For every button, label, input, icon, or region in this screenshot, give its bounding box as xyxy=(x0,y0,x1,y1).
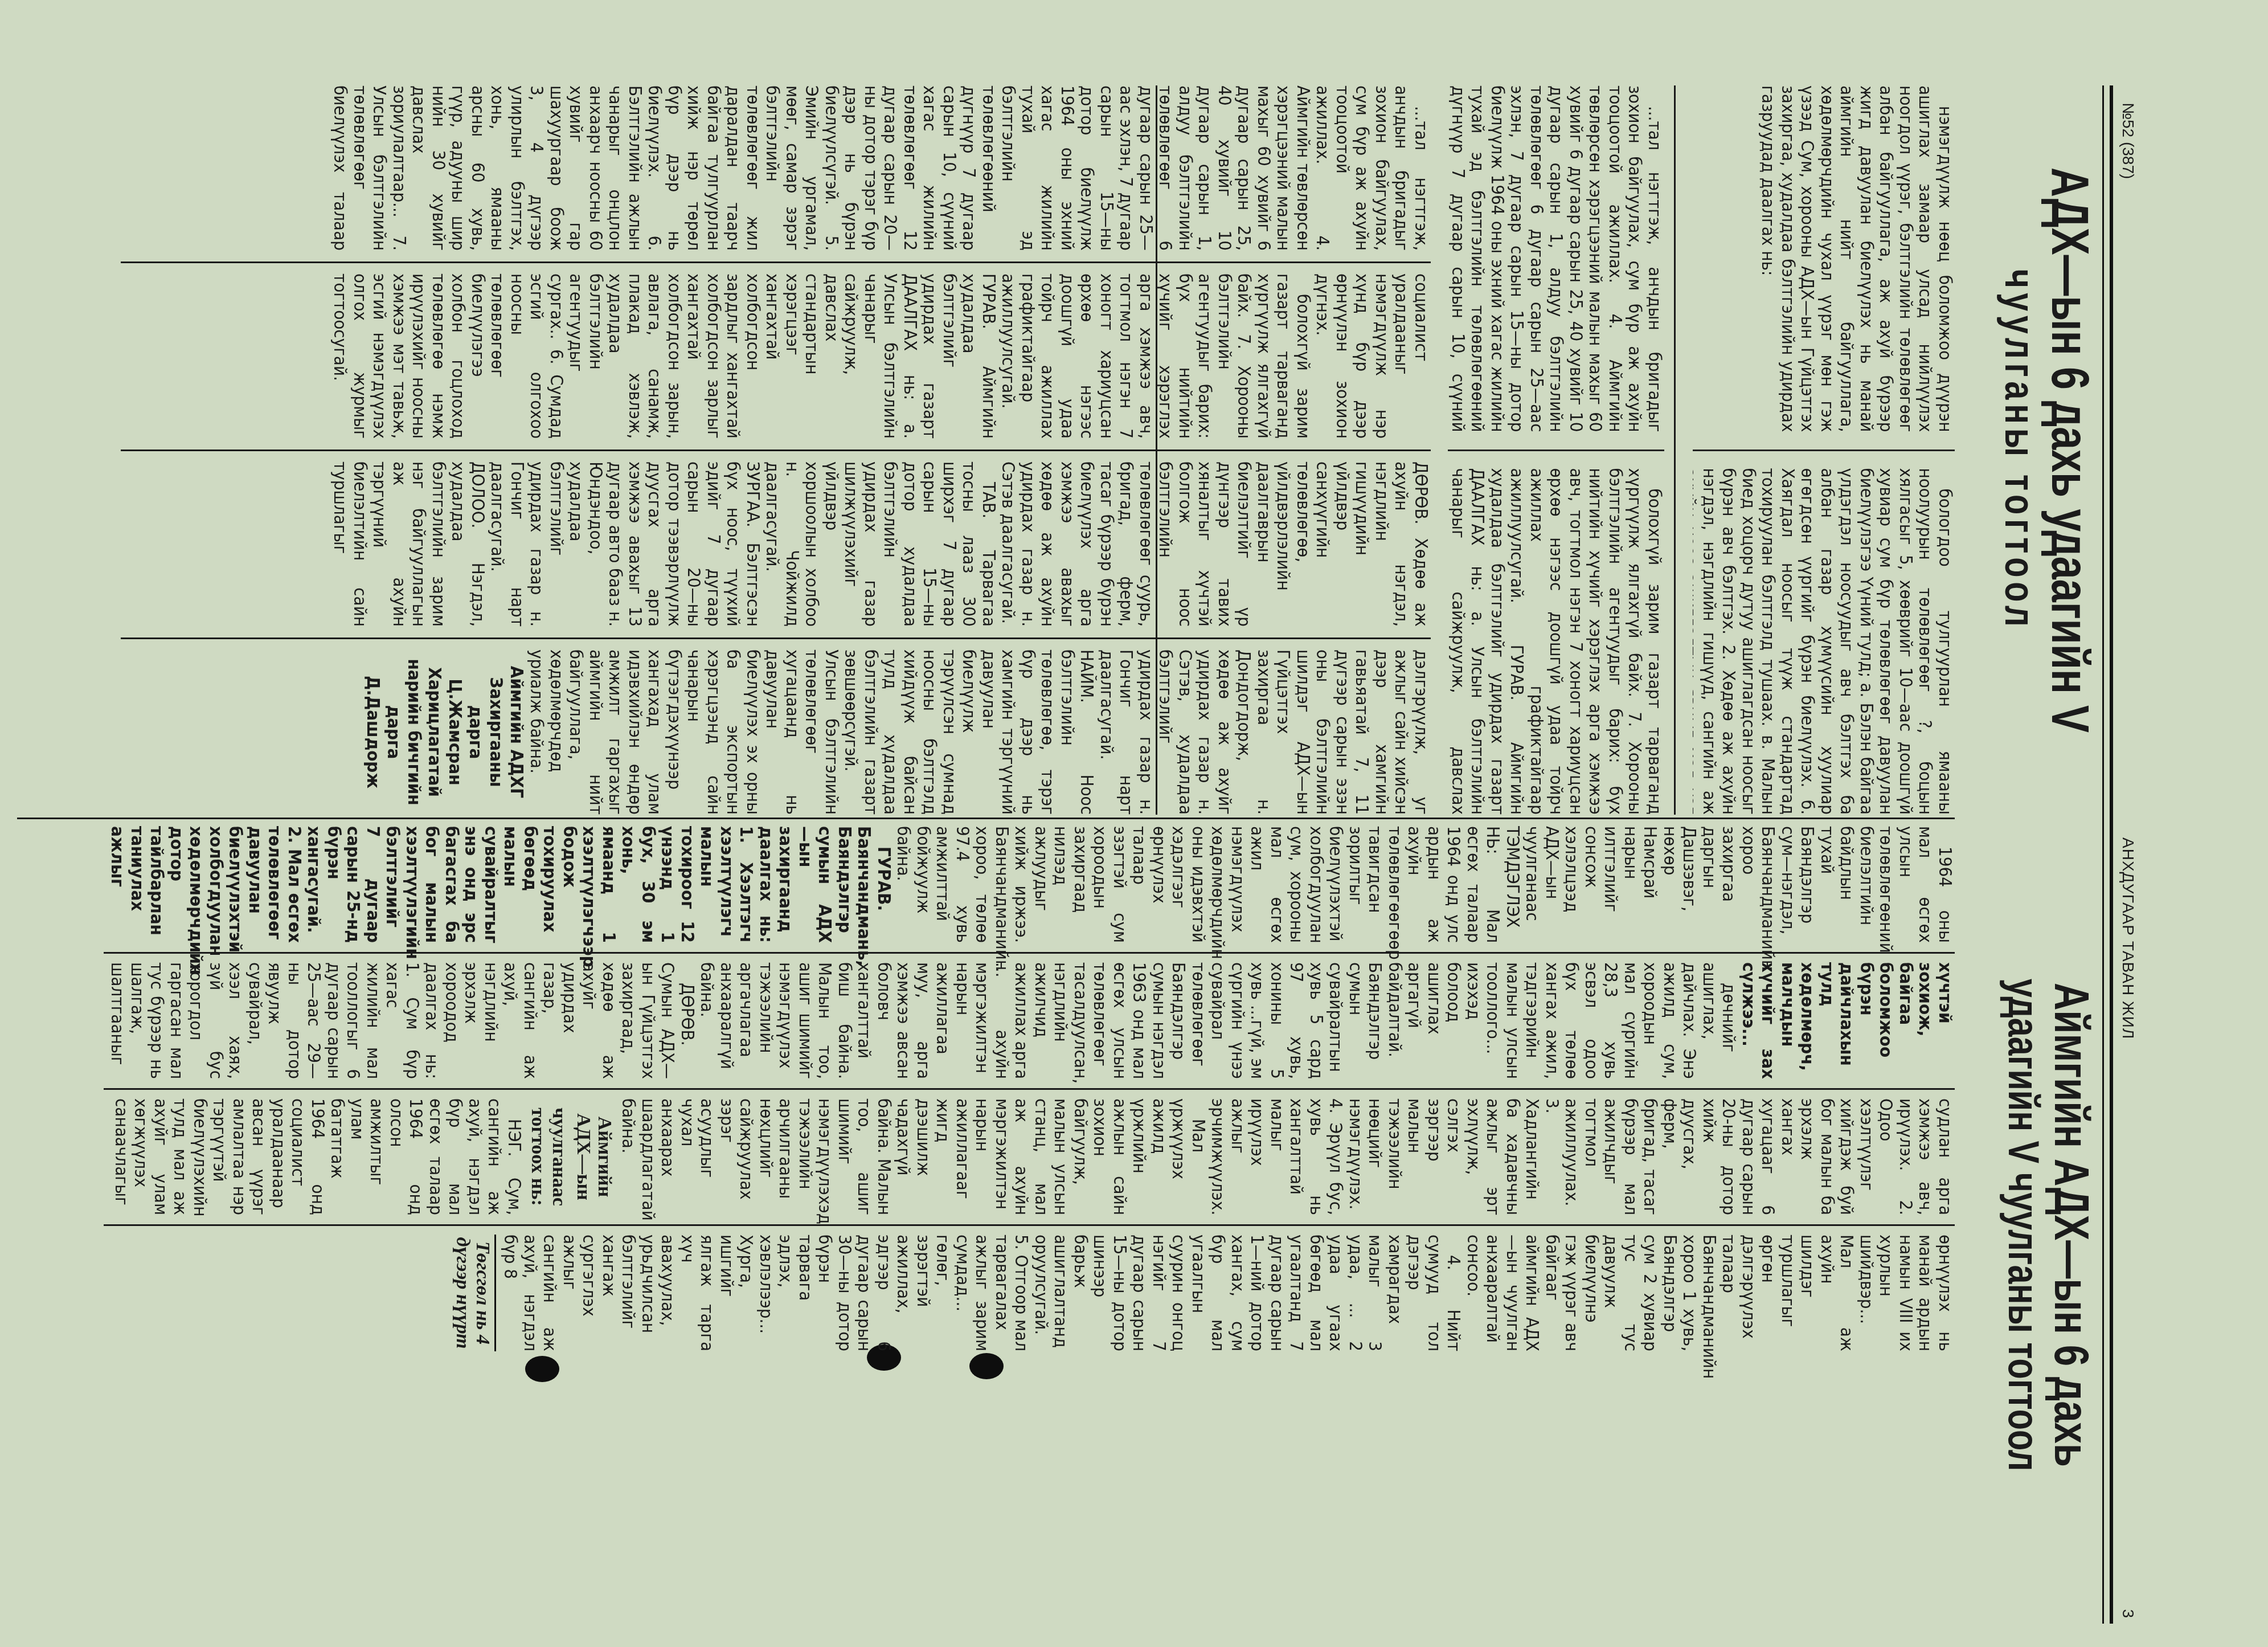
page-number: 3 xyxy=(2119,1609,2137,1618)
subheading: Аймгийн АДХ—ын xyxy=(573,1098,615,1215)
column-divider xyxy=(1693,449,1955,451)
issue-number: №52 (387) xyxy=(2119,103,2137,179)
body-text: бологдоо тулгуурлан ямааны ноолуурын төл… xyxy=(1693,468,1955,815)
subheading: чуулганаас тогтоох нь: xyxy=(527,1098,570,1215)
article-aimag-resolution: Аймгийн АДХ—ын 6 дахь удаагийн V чуулган… xyxy=(58,826,2097,1624)
column-3: ...тал нэгтгэж, анчдын бригадыг зохион б… xyxy=(121,85,1431,815)
article-headline: АДХ—ын 6 дахь удаагийн V чуулганы тогтоо… xyxy=(1998,85,2097,815)
column-2: ...тал нэгтгэж, анчдын бригадыг зохион б… xyxy=(1448,85,1664,815)
continuation-note: Төгсгөл нь 4 дүгээр нүүрт xyxy=(453,1235,496,1351)
article-session-resolution: АДХ—ын 6 дахь удаагийн V чуулганы тогтоо… xyxy=(58,85,2097,815)
body-text: дөчнийг ашиглах, дайчлах. Энэ ажилд сум,… xyxy=(697,962,1739,1079)
masthead: №52 (387) АНХДУГААР ТАВАН ЖИЛ 3 xyxy=(2103,85,2137,1624)
signature-line: дарга Ц.Жамсран xyxy=(445,649,486,815)
body-text: болохгүй зарим газарт тарваганд хүргүүлж… xyxy=(1448,468,1664,815)
year-line: АНХДУГААР ТАВАН ЖИЛ xyxy=(2119,837,2137,1039)
signature-line: Аймгийн АДХГ Захиргааны xyxy=(486,649,527,815)
signature-line: Харицлагатай нарийн бичгийн xyxy=(404,649,445,815)
signature-line: дарга Д.Дашдорж xyxy=(363,649,404,815)
masthead-rule xyxy=(2102,85,2113,1624)
body-text: ...тал нэгтгэж, анчдын бригадыг зохион б… xyxy=(1448,85,1664,432)
body-text: нэмэгдүүлж нөөц боломжоо дүүрэн ашиглах … xyxy=(1758,85,1955,432)
body-text: Мал үржүүлэх ажилд үржлийн ажлын сайн зо… xyxy=(619,1098,1208,1215)
column-1: нэмэгдүүлж нөөц боломжоо дүүрэн ашиглах … xyxy=(1693,85,1955,815)
article-headline: Аймгийн АДХ—ын 6 дахь удаагийн V чуулган… xyxy=(2000,826,2097,1624)
column-rule xyxy=(1674,85,1676,815)
column-divider xyxy=(1448,449,1664,451)
right-columns: 1964 оны мал өсгөх улсын төлөвлөгөөний б… xyxy=(104,826,1955,1624)
body-text: 1964 оны мал өсгөх улсын төлөвлөгөөний б… xyxy=(894,826,1955,943)
newspaper-page: №52 (387) АНХДУГААР ТАВАН ЖИЛ 3 АДХ—ын 6… xyxy=(0,0,2268,1647)
body-text: 4. Нийт сумууд тол дэгээр хамрагдах малы… xyxy=(501,1235,1464,1351)
article-divider xyxy=(17,818,1955,819)
